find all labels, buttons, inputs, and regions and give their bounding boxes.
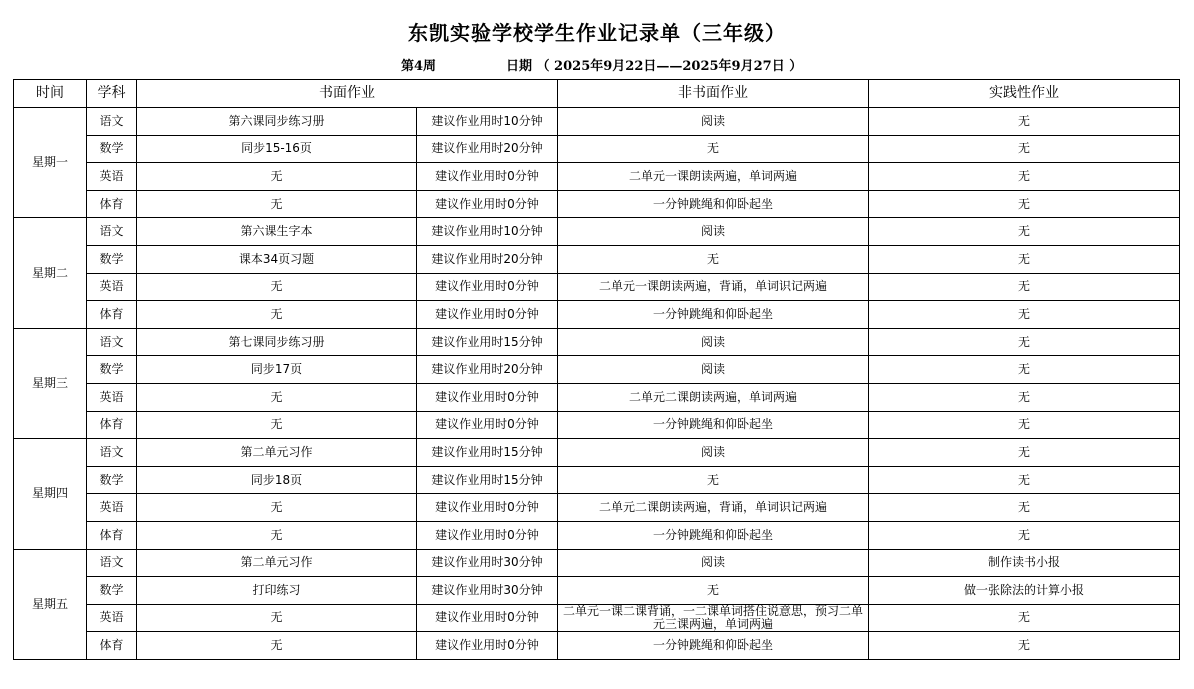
table-row: 星期三语文第七课同步练习册建议作业用时15分钟阅读无 — [14, 328, 1180, 356]
non-written-homework-cell: 一分钟跳绳和仰卧起坐 — [558, 521, 869, 549]
table-row: 英语无建议作业用时0分钟二单元二课朗读两遍，单词两遍无 — [14, 383, 1180, 411]
suggested-time-cell: 建议作业用时0分钟 — [417, 301, 558, 329]
subject-cell: 语文 — [87, 439, 137, 467]
written-homework-cell: 第六课同步练习册 — [137, 108, 417, 136]
non-written-homework-cell: 阅读 — [558, 328, 869, 356]
table-row: 英语无建议作业用时0分钟二单元一课朗读两遍，单词两遍无 — [14, 163, 1180, 191]
document-title: 东凯实验学校学生作业记录单（三年级） — [0, 17, 1194, 46]
non-written-homework-cell: 一分钟跳绳和仰卧起坐 — [558, 632, 869, 660]
practice-homework-cell: 无 — [869, 135, 1180, 163]
suggested-time-cell: 建议作业用时0分钟 — [417, 521, 558, 549]
subject-cell: 体育 — [87, 521, 137, 549]
non-written-homework-cell: 一分钟跳绳和仰卧起坐 — [558, 411, 869, 439]
practice-homework-cell: 制作读书小报 — [869, 549, 1180, 577]
non-written-homework-cell: 阅读 — [558, 218, 869, 246]
table-row: 英语无建议作业用时0分钟二单元二课朗读两遍，背诵，单词识记两遍无 — [14, 494, 1180, 522]
written-homework-cell: 第二单元习作 — [137, 549, 417, 577]
written-homework-cell: 无 — [137, 411, 417, 439]
non-written-homework-cell: 无 — [558, 466, 869, 494]
subject-cell: 数学 — [87, 356, 137, 384]
non-written-homework-cell: 二单元二课朗读两遍，单词两遍 — [558, 383, 869, 411]
header-non-written: 非书面作业 — [558, 80, 869, 108]
header-written: 书面作业 — [137, 80, 558, 108]
date-range: 日期 （ 2025年9月22日——2025年9月27日 ） — [506, 55, 802, 74]
written-homework-cell: 无 — [137, 163, 417, 191]
practice-homework-cell: 无 — [869, 163, 1180, 191]
subject-cell: 语文 — [87, 218, 137, 246]
suggested-time-cell: 建议作业用时0分钟 — [417, 273, 558, 301]
suggested-time-cell: 建议作业用时0分钟 — [417, 383, 558, 411]
header-row: 时间 学科 书面作业 非书面作业 实践性作业 — [14, 80, 1180, 108]
suggested-time-cell: 建议作业用时20分钟 — [417, 356, 558, 384]
practice-homework-cell: 无 — [869, 328, 1180, 356]
practice-homework-cell: 无 — [869, 245, 1180, 273]
non-written-homework-cell: 一分钟跳绳和仰卧起坐 — [558, 301, 869, 329]
non-written-homework-cell: 一分钟跳绳和仰卧起坐 — [558, 190, 869, 218]
subject-cell: 英语 — [87, 604, 137, 632]
suggested-time-cell: 建议作业用时10分钟 — [417, 108, 558, 136]
suggested-time-cell: 建议作业用时0分钟 — [417, 494, 558, 522]
non-written-homework-cell: 无 — [558, 245, 869, 273]
written-homework-cell: 无 — [137, 494, 417, 522]
day-cell: 星期三 — [14, 328, 87, 438]
suggested-time-cell: 建议作业用时15分钟 — [417, 439, 558, 467]
table-row: 体育无建议作业用时0分钟一分钟跳绳和仰卧起坐无 — [14, 632, 1180, 660]
practice-homework-cell: 无 — [869, 301, 1180, 329]
table-row: 数学同步17页建议作业用时20分钟阅读无 — [14, 356, 1180, 384]
week-label: 第4周 — [401, 55, 436, 74]
suggested-time-cell: 建议作业用时20分钟 — [417, 135, 558, 163]
subject-cell: 语文 — [87, 549, 137, 577]
non-written-homework-cell: 二单元一课朗读两遍，背诵，单词识记两遍 — [558, 273, 869, 301]
practice-homework-cell: 无 — [869, 439, 1180, 467]
header-practice: 实践性作业 — [869, 80, 1180, 108]
written-homework-cell: 打印练习 — [137, 577, 417, 605]
written-homework-cell: 无 — [137, 604, 417, 632]
subject-cell: 数学 — [87, 577, 137, 605]
practice-homework-cell: 无 — [869, 494, 1180, 522]
practice-homework-cell: 无 — [869, 356, 1180, 384]
suggested-time-cell: 建议作业用时30分钟 — [417, 549, 558, 577]
practice-homework-cell: 无 — [869, 108, 1180, 136]
written-homework-cell: 无 — [137, 521, 417, 549]
non-written-homework-cell: 阅读 — [558, 549, 869, 577]
non-written-homework-cell: 阅读 — [558, 356, 869, 384]
suggested-time-cell: 建议作业用时20分钟 — [417, 245, 558, 273]
subject-cell: 数学 — [87, 245, 137, 273]
written-homework-cell: 无 — [137, 190, 417, 218]
suggested-time-cell: 建议作业用时15分钟 — [417, 466, 558, 494]
table-row: 星期一语文第六课同步练习册建议作业用时10分钟阅读无 — [14, 108, 1180, 136]
subject-cell: 体育 — [87, 190, 137, 218]
non-written-homework-cell: 阅读 — [558, 439, 869, 467]
subject-cell: 语文 — [87, 328, 137, 356]
subject-cell: 数学 — [87, 466, 137, 494]
table-row: 数学同步15-16页建议作业用时20分钟无无 — [14, 135, 1180, 163]
non-written-homework-cell: 二单元二课朗读两遍，背诵，单词识记两遍 — [558, 494, 869, 522]
table-row: 数学同步18页建议作业用时15分钟无无 — [14, 466, 1180, 494]
subject-cell: 英语 — [87, 383, 137, 411]
practice-homework-cell: 无 — [869, 190, 1180, 218]
subject-cell: 数学 — [87, 135, 137, 163]
written-homework-cell: 第二单元习作 — [137, 439, 417, 467]
header-subject: 学科 — [87, 80, 137, 108]
table-row: 体育无建议作业用时0分钟一分钟跳绳和仰卧起坐无 — [14, 190, 1180, 218]
practice-homework-cell: 无 — [869, 273, 1180, 301]
table-row: 体育无建议作业用时0分钟一分钟跳绳和仰卧起坐无 — [14, 301, 1180, 329]
written-homework-cell: 第六课生字本 — [137, 218, 417, 246]
written-homework-cell: 无 — [137, 273, 417, 301]
subject-cell: 体育 — [87, 301, 137, 329]
written-homework-cell: 第七课同步练习册 — [137, 328, 417, 356]
written-homework-cell: 无 — [137, 632, 417, 660]
non-written-homework-cell: 二单元一课朗读两遍，单词两遍 — [558, 163, 869, 191]
practice-homework-cell: 无 — [869, 411, 1180, 439]
homework-table: 时间 学科 书面作业 非书面作业 实践性作业 星期一语文第六课同步练习册建议作业… — [13, 79, 1180, 660]
suggested-time-cell: 建议作业用时10分钟 — [417, 218, 558, 246]
written-homework-cell: 同步17页 — [137, 356, 417, 384]
subject-cell: 英语 — [87, 494, 137, 522]
non-written-homework-cell: 无 — [558, 135, 869, 163]
day-cell: 星期四 — [14, 439, 87, 549]
subject-cell: 英语 — [87, 273, 137, 301]
table-row: 英语无建议作业用时0分钟二单元一课朗读两遍，背诵，单词识记两遍无 — [14, 273, 1180, 301]
practice-homework-cell: 无 — [869, 466, 1180, 494]
suggested-time-cell: 建议作业用时15分钟 — [417, 328, 558, 356]
suggested-time-cell: 建议作业用时0分钟 — [417, 604, 558, 632]
table-row: 星期二语文第六课生字本建议作业用时10分钟阅读无 — [14, 218, 1180, 246]
suggested-time-cell: 建议作业用时0分钟 — [417, 190, 558, 218]
practice-homework-cell: 无 — [869, 383, 1180, 411]
practice-homework-cell: 无 — [869, 218, 1180, 246]
table-row: 数学课本34页习题建议作业用时20分钟无无 — [14, 245, 1180, 273]
table-row: 数学打印练习建议作业用时30分钟无做一张除法的计算小报 — [14, 577, 1180, 605]
practice-homework-cell: 无 — [869, 604, 1180, 632]
practice-homework-cell: 无 — [869, 521, 1180, 549]
written-homework-cell: 无 — [137, 301, 417, 329]
header-time: 时间 — [14, 80, 87, 108]
written-homework-cell: 同步15-16页 — [137, 135, 417, 163]
table-row: 星期五语文第二单元习作建议作业用时30分钟阅读制作读书小报 — [14, 549, 1180, 577]
practice-homework-cell: 无 — [869, 632, 1180, 660]
practice-homework-cell: 做一张除法的计算小报 — [869, 577, 1180, 605]
subject-cell: 体育 — [87, 632, 137, 660]
suggested-time-cell: 建议作业用时0分钟 — [417, 632, 558, 660]
day-cell: 星期一 — [14, 108, 87, 218]
day-cell: 星期二 — [14, 218, 87, 328]
written-homework-cell: 无 — [137, 383, 417, 411]
non-written-homework-cell: 二单元一课二课背诵，一二课单词搭住说意思，预习二单元三课两遍，单词两遍 — [558, 604, 869, 632]
non-written-homework-cell: 阅读 — [558, 108, 869, 136]
subject-cell: 英语 — [87, 163, 137, 191]
table-row: 体育无建议作业用时0分钟一分钟跳绳和仰卧起坐无 — [14, 411, 1180, 439]
suggested-time-cell: 建议作业用时30分钟 — [417, 577, 558, 605]
subject-cell: 语文 — [87, 108, 137, 136]
written-homework-cell: 同步18页 — [137, 466, 417, 494]
table-row: 体育无建议作业用时0分钟一分钟跳绳和仰卧起坐无 — [14, 521, 1180, 549]
table-row: 星期四语文第二单元习作建议作业用时15分钟阅读无 — [14, 439, 1180, 467]
table-row: 英语无建议作业用时0分钟二单元一课二课背诵，一二课单词搭住说意思，预习二单元三课… — [14, 604, 1180, 632]
suggested-time-cell: 建议作业用时0分钟 — [417, 163, 558, 191]
subject-cell: 体育 — [87, 411, 137, 439]
suggested-time-cell: 建议作业用时0分钟 — [417, 411, 558, 439]
non-written-homework-cell: 无 — [558, 577, 869, 605]
written-homework-cell: 课本34页习题 — [137, 245, 417, 273]
day-cell: 星期五 — [14, 549, 87, 659]
